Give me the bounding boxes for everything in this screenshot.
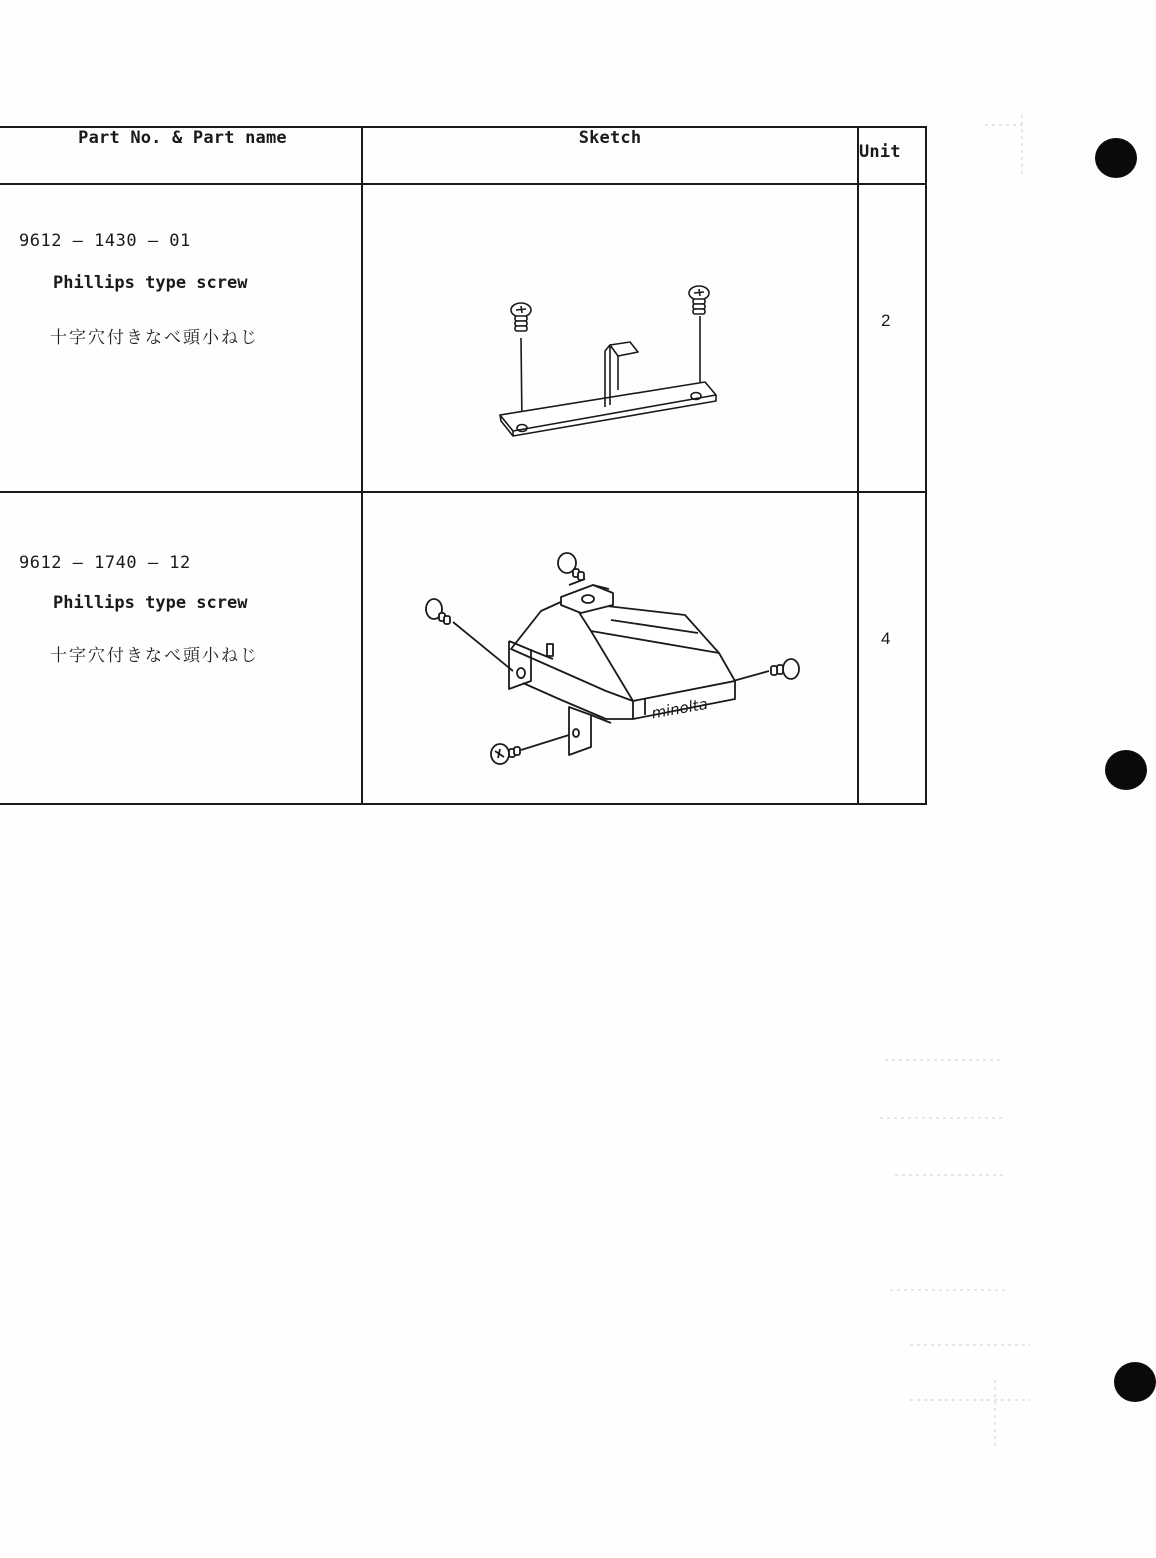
- document-page: Part No. & Part name Sketch Unit 9612 – …: [0, 0, 1156, 1558]
- bleed-through-marks: [0, 0, 1156, 1558]
